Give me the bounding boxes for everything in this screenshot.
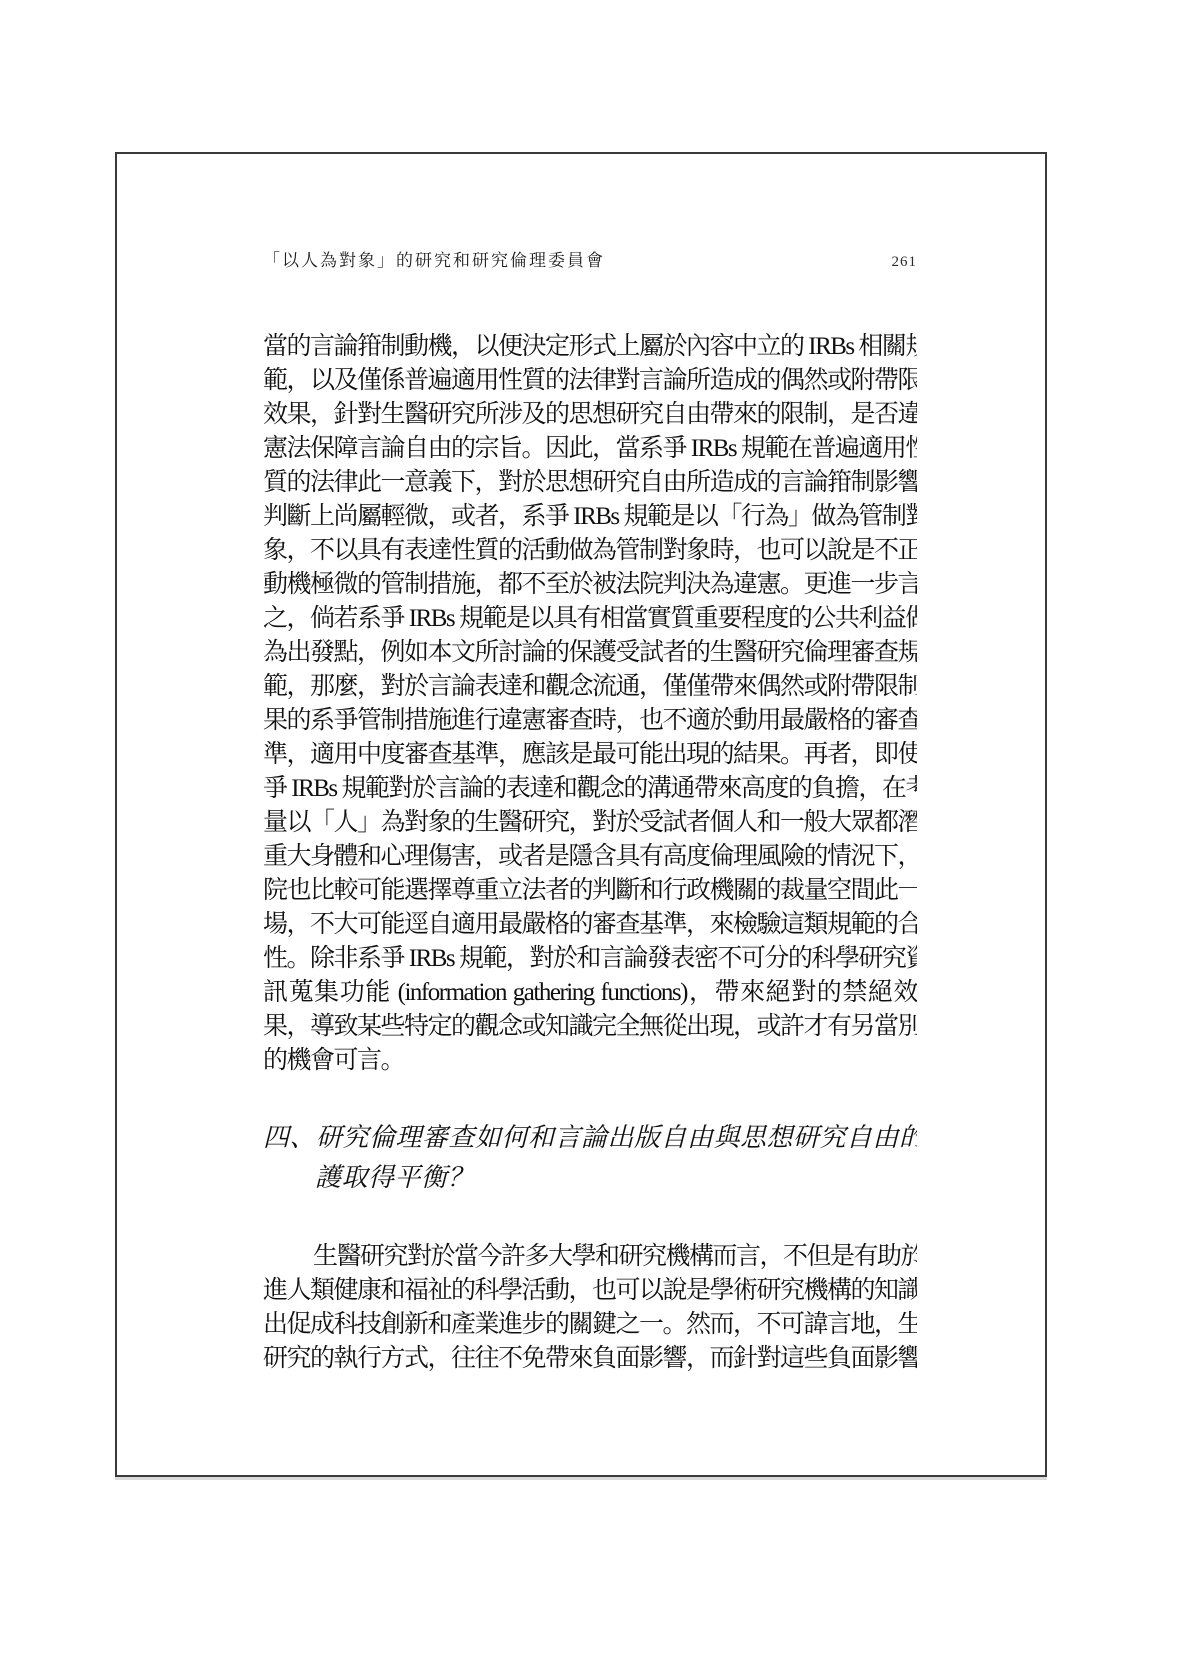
paragraph-line: 範，那麼，對於言論表達和觀念流通，僅僅帶來偶然或附帶限制效 bbox=[263, 670, 917, 704]
paragraph-line: 性。除非系爭 IRBs 規範，對於和言論發表密不可分的科學研究資 bbox=[263, 942, 917, 976]
paragraph-line: 效果，針對生醫研究所涉及的思想研究自由帶來的限制，是否違反 bbox=[263, 398, 917, 432]
paragraph-line: 果，導致某些特定的觀念或知識完全無從出現，或許才有另當別論 bbox=[263, 1010, 917, 1044]
paragraph-line: 範，以及僅係普遍適用性質的法律對言論所造成的偶然或附帶限制 bbox=[263, 364, 917, 398]
paragraph-line: 當的言論箝制動機，以便決定形式上屬於內容中立的 IRBs 相關規 bbox=[263, 330, 917, 364]
paragraph-line: 為出發點，例如本文所討論的保護受試者的生醫研究倫理審查規 bbox=[263, 636, 917, 670]
paragraph-line: 憲法保障言論自由的宗旨。因此，當系爭 IRBs 規範在普遍適用性 bbox=[263, 432, 917, 466]
paragraph-line: 出促成科技創新和產業進步的關鍵之一。然而，不可諱言地，生醫 bbox=[263, 1308, 917, 1342]
paragraph-line: 場，不大可能逕自適用最嚴格的審查基準，來檢驗這類規範的合憲 bbox=[263, 908, 917, 942]
paragraph-line: 爭 IRBs 規範對於言論的表達和觀念的溝通帶來高度的負擔，在考 bbox=[263, 772, 917, 806]
paragraph-line: 象，不以具有表達性質的活動做為管制對象時，也可以說是不正當 bbox=[263, 534, 917, 568]
section-heading: 四、研究倫理審查如何和言論出版自由與思想研究自由的保 護取得平衡？ bbox=[263, 1118, 917, 1198]
paragraph-line: 進人類健康和福祉的科學活動，也可以說是學術研究機構的知識產 bbox=[263, 1274, 917, 1308]
paragraph-line: 動機極微的管制措施，都不至於被法院判決為違憲。更進一步言 bbox=[263, 568, 917, 602]
running-header-title: 「以人為對象」的研究和研究倫理委員會 bbox=[263, 246, 605, 271]
section-heading-line-2: 護取得平衡？ bbox=[263, 1158, 917, 1198]
paragraph-line: 院也比較可能選擇尊重立法者的判斷和行政機關的裁量空間此一立 bbox=[263, 874, 917, 908]
paragraph-line: 之，倘若系爭 IRBs 規範是以具有相當實質重要程度的公共利益做 bbox=[263, 602, 917, 636]
paragraph-2: 生醫研究對於當今許多大學和研究機構而言，不但是有助於促 進人類健康和福祉的科學活… bbox=[263, 1240, 917, 1376]
running-header: 「以人為對象」的研究和研究倫理委員會 261 bbox=[263, 246, 917, 271]
paragraph-line: 量以「人」為對象的生醫研究，對於受試者個人和一般大眾都潛藏 bbox=[263, 806, 917, 840]
paragraph-line: 重大身體和心理傷害，或者是隱含具有高度倫理風險的情況下，法 bbox=[263, 840, 917, 874]
paragraph-line: 訊蒐集功能 (information gathering functions)，… bbox=[263, 976, 917, 1010]
paragraph-line: 判斷上尚屬輕微，或者，系爭 IRBs 規範是以「行為」做為管制對 bbox=[263, 500, 917, 534]
paragraph-line: 生醫研究對於當今許多大學和研究機構而言，不但是有助於促 bbox=[263, 1240, 917, 1274]
paragraph-line: 果的系爭管制措施進行違憲審查時，也不適於動用最嚴格的審查基 bbox=[263, 704, 917, 738]
section-heading-line-1: 四、研究倫理審查如何和言論出版自由與思想研究自由的保 bbox=[263, 1118, 917, 1158]
page-number: 261 bbox=[892, 254, 918, 271]
paragraph-line: 準，適用中度審查基準，應該是最可能出現的結果。再者，即使系 bbox=[263, 738, 917, 772]
paragraph-line: 的機會可言。 bbox=[263, 1044, 917, 1078]
page-sheet: 「以人為對象」的研究和研究倫理委員會 261 當的言論箝制動機，以便決定形式上屬… bbox=[0, 0, 1177, 1664]
paragraph-1: 當的言論箝制動機，以便決定形式上屬於內容中立的 IRBs 相關規 範，以及僅係普… bbox=[263, 330, 917, 1078]
paragraph-line: 研究的執行方式，往往不免帶來負面影響，而針對這些負面影響採 bbox=[263, 1342, 917, 1376]
paragraph-line: 質的法律此一意義下，對於思想研究自由所造成的言論箝制影響， bbox=[263, 466, 917, 500]
body-text: 當的言論箝制動機，以便決定形式上屬於內容中立的 IRBs 相關規 範，以及僅係普… bbox=[263, 330, 917, 1376]
